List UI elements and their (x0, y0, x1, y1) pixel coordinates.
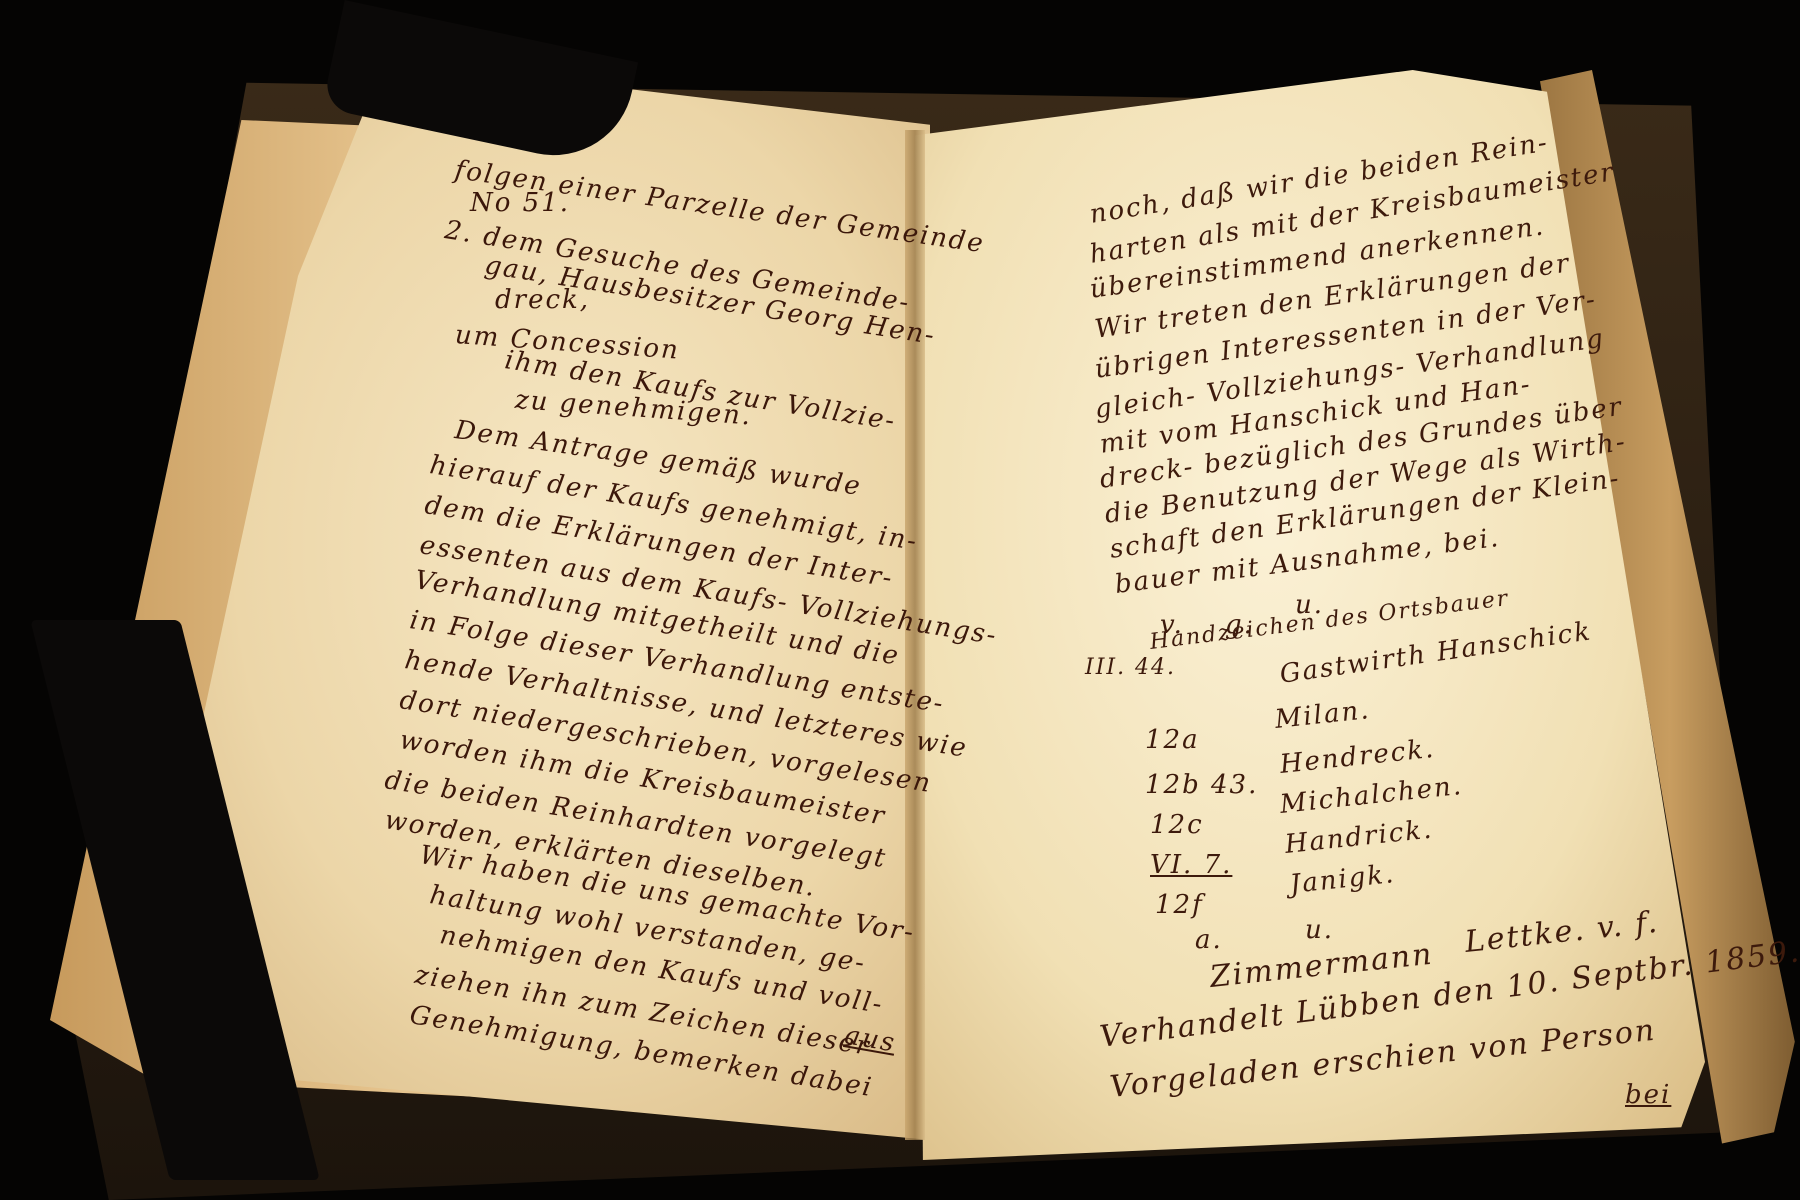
entry-ref: VI. 7. (1150, 850, 1232, 880)
entry-ref: 12f (1155, 890, 1204, 920)
witness-mark: a. (1195, 925, 1223, 955)
entry-ref: 12a (1145, 725, 1200, 755)
witness-mark: u. (1305, 915, 1334, 945)
handwritten-line: dreck, (495, 285, 590, 315)
entry-ref: 12c (1150, 810, 1204, 840)
handwritten-line: No 51. (470, 188, 570, 218)
entry-ref: 12b 43. (1145, 770, 1258, 800)
closing-mark: bei (1625, 1080, 1671, 1110)
photo-scene: folgen einer Parzelle der Gemeinde No 51… (0, 0, 1800, 1200)
entry-ref: III. 44. (1085, 655, 1176, 680)
